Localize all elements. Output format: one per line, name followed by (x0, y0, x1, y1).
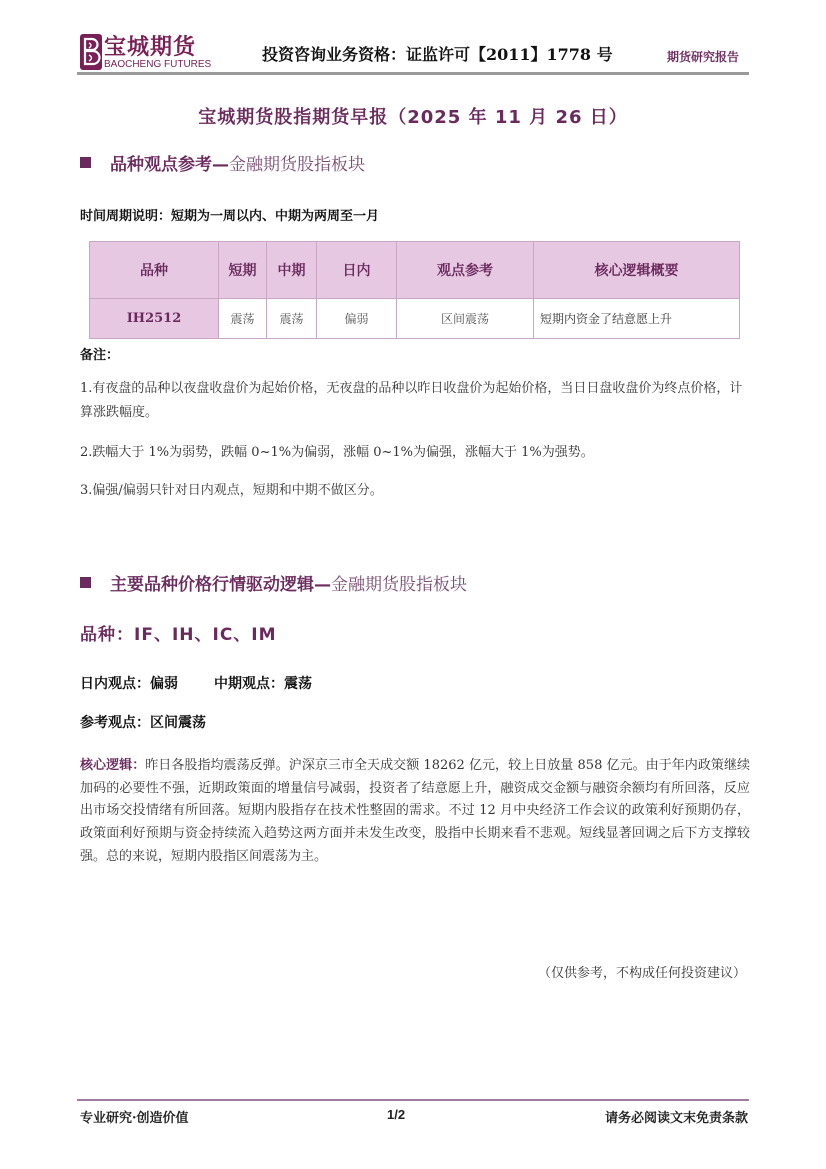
section-heading-strong: 品种观点参考— (110, 150, 229, 175)
mid-term-cell: 震荡 (267, 299, 317, 339)
core-logic-paragraph: 核心逻辑：昨日各股指均震荡反弹。沪深京三市全天成交额 18262 亿元，较上日放… (80, 755, 750, 869)
contract-code-cell: IH2512 (90, 299, 219, 339)
core-logic-label: 核心逻辑： (80, 758, 145, 773)
reference-view: 参考观点：区间震荡 (80, 712, 206, 732)
section-heading-light: 金融期货股指板块 (229, 150, 365, 175)
report-title: 宝城期货股指期货早报（2025 年 11 月 26 日） (0, 103, 826, 129)
core-logic-summary-cell: 短期内资金了结意愿上升 (534, 299, 740, 339)
column-header: 观点参考 (397, 242, 534, 299)
footer-slogan: 专业研究·创造价值 (80, 1107, 189, 1126)
intraday-view: 日内观点：偏弱 (80, 676, 178, 692)
page-number: 1/2 (387, 1107, 405, 1122)
header-divider (77, 72, 749, 75)
remark-item-2: 2.跌幅大于 1%为弱势，跌幅 0~1%为偏弱，涨幅 0~1%为偏强，涨幅大于 … (80, 441, 750, 465)
view-line-intraday-mid: 日内观点：偏弱中期观点：震荡 (80, 673, 312, 693)
remarks-title: 备注： (80, 344, 119, 363)
section-heading-strong: 主要品种价格行情驱动逻辑— (110, 570, 331, 595)
column-header: 品种 (90, 242, 219, 299)
qualification-text: 投资咨询业务资格：证监许可【2011】1778 号 (262, 42, 613, 65)
variety-list: 品种：IF、IH、IC、IM (80, 620, 277, 645)
section-heading-light: 金融期货股指板块 (331, 570, 467, 595)
company-logo: 宝城期货 BAOCHENG FUTURES (80, 34, 210, 74)
views-table: 品种 短期 中期 日内 观点参考 核心逻辑概要 IH2512 震荡 震荡 偏弱 … (89, 241, 740, 339)
section-heading-views: 品种观点参考— 金融期货股指板块 (80, 150, 365, 175)
column-header: 短期 (219, 242, 267, 299)
square-bullet-icon (80, 577, 91, 588)
footer-divider (77, 1099, 749, 1101)
remark-item-1: 1.有夜盘的品种以夜盘收盘价为起始价格，无夜盘的品种以昨日收盘价为起始价格，当日… (80, 377, 750, 425)
column-header: 核心逻辑概要 (534, 242, 740, 299)
view-reference-cell: 区间震荡 (397, 299, 534, 339)
section-heading-drivers: 主要品种价格行情驱动逻辑— 金融期货股指板块 (80, 570, 467, 595)
intraday-cell: 偏弱 (317, 299, 397, 339)
square-bullet-icon (80, 157, 91, 168)
disclaimer-note: （仅供参考，不构成任何投资建议） (538, 962, 746, 981)
column-header: 中期 (267, 242, 317, 299)
mid-term-view: 中期观点：震荡 (214, 676, 312, 692)
table-row: IH2512 震荡 震荡 偏弱 区间震荡 短期内资金了结意愿上升 (90, 299, 740, 339)
logo-b-icon (80, 34, 102, 70)
report-type-label: 期货研究报告 (667, 48, 739, 65)
footer-disclaimer-link: 请务必阅读文末免责条款 (605, 1107, 748, 1126)
remark-item-3: 3.偏强/偏弱只针对日内观点，短期和中期不做区分。 (80, 479, 750, 503)
core-logic-text: 昨日各股指均震荡反弹。沪深京三市全天成交额 18262 亿元，较上日放量 858… (80, 758, 750, 864)
logo-chinese-name: 宝城期货 (104, 34, 196, 60)
period-note: 时间周期说明：短期为一周以内、中期为两周至一月 (80, 205, 379, 224)
short-term-cell: 震荡 (219, 299, 267, 339)
column-header: 日内 (317, 242, 397, 299)
logo-english-name: BAOCHENG FUTURES (104, 59, 211, 70)
table-header-row: 品种 短期 中期 日内 观点参考 核心逻辑概要 (90, 242, 740, 299)
